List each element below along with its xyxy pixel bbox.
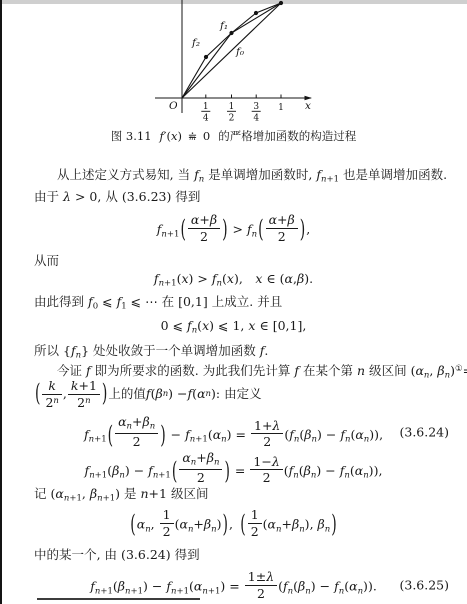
paragraph-6: 记 (αn+1, βn+1) 是 n+1 级区间 [34,486,209,505]
x-axis-label: x [305,100,311,112]
equation-3-6-24a: fn+1(αn+βn2) − fn+1(αn) = 1+λ2(fn(βn) − … [84,415,383,448]
label-f1: f₁ [219,20,228,32]
equation-3-6-25-display: fn+1(βn+1) − fn+1(αn+1) = 1±λ2(fn(βn) − … [0,568,467,602]
figure-graph: f₂ f₁ f₀ O x 1 4 1 2 3 4 1 [148,0,320,122]
caption-number: 图 3.11 [111,129,152,143]
paragraph-1-line-1: 从上述定义方式易知, 当 fn 是单调增加函数时, fn+1 也是单调增加函数. [57,167,447,186]
svg-text:3: 3 [253,102,259,112]
label-f2: f₂ [191,37,200,49]
vertex-dot-endpoint [279,1,283,5]
equation-3-6-24a-display: fn+1(αn+βn2) − fn+1(αn) = 1+λ2(fn(βn) − … [0,414,467,450]
book-page: f₂ f₁ f₀ O x 1 4 1 2 3 4 1 [0,0,467,604]
footnote-rule [37,598,200,600]
svg-text:1: 1 [203,102,209,112]
tick-label-1-4: 1 4 [201,102,210,122]
svg-text:2: 2 [229,114,235,123]
figure-caption: 图 3.11f′(x) ≐m 0的严格增加函数的构造过程 [0,128,467,144]
equation-intervals-display: (αn, 12(αn+βn)), (12(αn+βn), βn) [0,506,467,540]
paragraph-4: 所以 {fn} 处处收敛于一个单调增加函数 f. [34,343,268,362]
equation-bound-display: 0 ⩽ fn(x) ⩽ 1, x ∈ [0,1], [0,317,467,337]
equation-intervals: (αn, 12(αn+βn)), (12(αn+βn), βn) [129,508,337,538]
caption-text: 的严格增加函数的构造过程 [218,129,356,143]
vertex-dot-three-quarter [254,11,258,15]
equation-3-6-24b-display: fn+1(βn) − fn+1(αn+βn2) = 1−λ2(fn(βn) − … [0,450,467,486]
origin-label: O [169,100,178,112]
tick-label-1-2: 1 2 [227,102,236,122]
caption-math: f′(x) ≐m 0 [160,129,211,143]
paragraph-7: 中的某一个, 由 (3.6.24) 得到 [34,547,200,564]
tick-label-1: 1 [278,103,284,113]
paragraph-2: 从而 [34,253,59,270]
paragraph-3: 由此得到 f0 ⩽ f1 ⩽ ⋯ 在 [0,1] 上成立. 并且 [34,294,282,313]
curve-f0 [182,3,281,98]
equation-monotone: fn+1(x) > fn(x), x ∈ (α,β). [154,271,313,289]
equation-3-6-24b: fn+1(βn) − fn+1(αn+βn2) = 1−λ2(fn(βn) − … [85,451,383,484]
equation-3-6-25: fn+1(βn+1) − fn+1(αn+1) = 1±λ2(fn(βn) − … [90,570,377,600]
equation-3-6-23-display: fn+1(α+β2) > fn(α+β2), [0,207,467,249]
graph-canvas: f₂ f₁ f₀ O x 1 4 1 2 3 4 1 [148,0,320,122]
label-f0: f₀ [235,46,245,58]
equation-bound: 0 ⩽ fn(x) ⩽ 1, x ∈ [0,1], [161,318,307,336]
equation-number-3-6-24: (3.6.24) [399,425,449,440]
equation-monotone-display: fn+1(x) > fn(x), x ∈ (α,β). [0,270,467,290]
equation-3-6-23: fn+1(α+β2) > fn(α+β2), [157,213,310,243]
equation-number-3-6-25: (3.6.25) [399,578,449,593]
paragraph-1-line-2: 由于 λ > 0, 从 (3.6.23) 得到 [34,189,200,206]
svg-text:1: 1 [229,102,235,112]
vertex-dot-half [229,31,233,35]
svg-text:4: 4 [203,114,209,123]
tick-label-3-4: 3 4 [252,102,261,122]
svg-text:4: 4 [253,114,259,123]
paragraph-5-line-2: (k2n, k+12n) 上的值 f(βn) − f(αn): 由定义 [34,380,262,408]
vertex-dot-quarter [204,55,208,59]
